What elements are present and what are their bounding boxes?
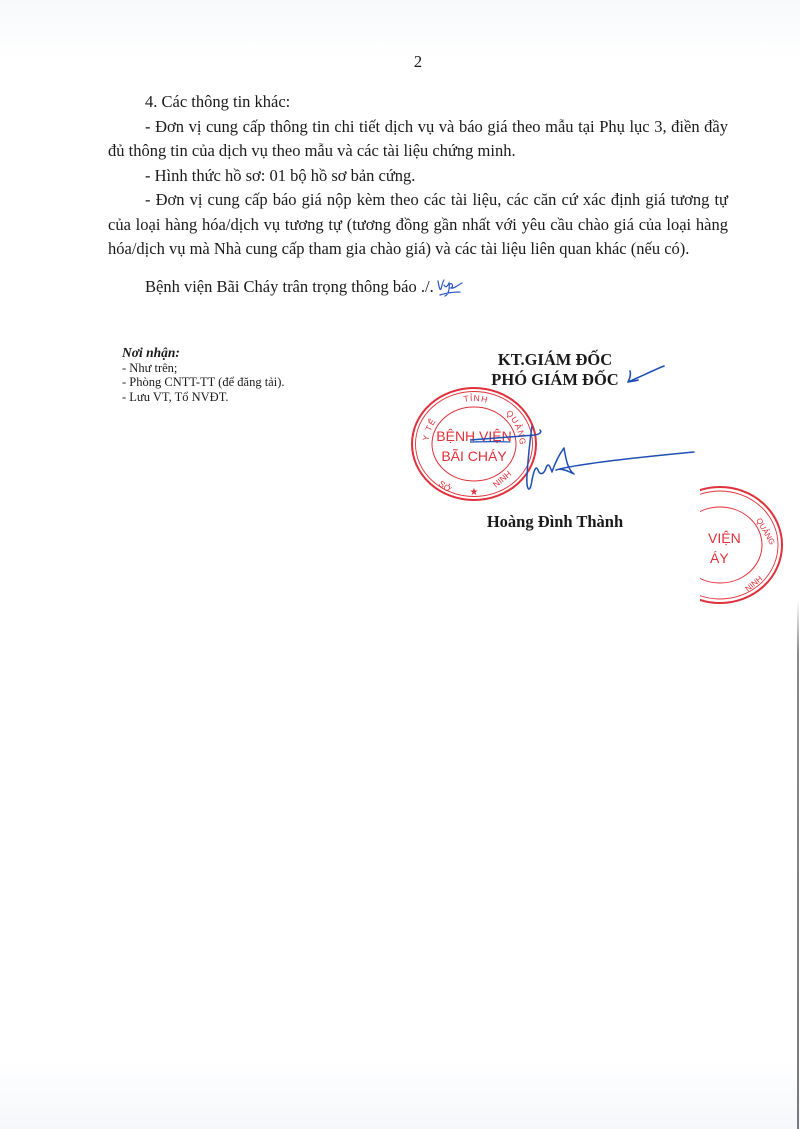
svg-text:SỞ: SỞ — [437, 478, 455, 495]
recipients-heading: Nơi nhận: — [122, 346, 284, 361]
partial-seal-line2: ÁY — [710, 550, 729, 566]
section-heading: 4. Các thông tin khác: — [108, 90, 728, 115]
check-mark-icon — [620, 362, 668, 388]
initials-mark-icon — [436, 275, 464, 297]
recipient-item: - Lưu VT, Tổ NVĐT. — [122, 390, 284, 405]
scan-edge-line — [797, 600, 799, 1129]
partial-seal-icon: QUẢNG NINH VIỆN ÁY — [700, 480, 800, 610]
svg-text:NINH: NINH — [744, 574, 765, 594]
signer-name: Hoàng Đình Thành — [440, 512, 670, 532]
paragraph-dossier-form: - Hình thức hồ sơ: 01 bộ hồ sơ bản cứng. — [108, 164, 728, 189]
partial-seal-line1: VIỆN — [708, 530, 741, 546]
recipient-item: - Như trên; — [122, 361, 284, 376]
document-body: 4. Các thông tin khác: - Đơn vị cung cấp… — [108, 90, 728, 299]
recipients-block: Nơi nhận: - Như trên; - Phòng CNTT-TT (đ… — [122, 346, 284, 404]
svg-text:TỈNH: TỈNH — [463, 392, 490, 405]
recipient-item: - Phòng CNTT-TT (để đăng tải). — [122, 375, 284, 390]
paragraph-service-details: - Đơn vị cung cấp thông tin chi tiết dịc… — [108, 115, 728, 164]
page-number: 2 — [0, 52, 800, 72]
closing-line: Bệnh viện Bãi Cháy trân trọng thông báo … — [108, 275, 728, 300]
svg-text:QUẢNG: QUẢNG — [754, 517, 776, 547]
partial-seal: QUẢNG NINH VIỆN ÁY — [700, 480, 800, 610]
document-page: 2 4. Các thông tin khác: - Đơn vị cung c… — [0, 0, 800, 1129]
paragraph-attached-documents: - Đơn vị cung cấp báo giá nộp kèm theo c… — [108, 188, 728, 262]
handwritten-signature-icon — [470, 420, 700, 510]
closing-text: Bệnh viện Bãi Cháy trân trọng thông báo … — [145, 277, 434, 296]
